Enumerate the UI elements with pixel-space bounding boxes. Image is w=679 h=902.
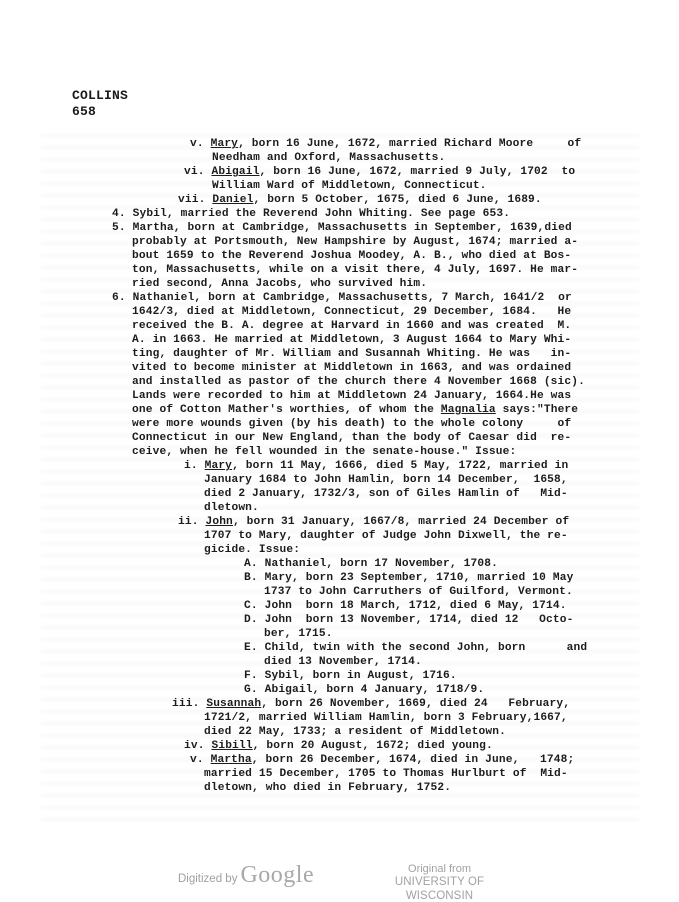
text-line: F. Sybil, born in August, 1716.: [244, 670, 457, 683]
line-text: D. John born 13 November, 1714, died 12 …: [244, 614, 573, 626]
line-text: , born 5 October, 1675, died 6 June, 168…: [254, 194, 542, 206]
text-line: married 15 December, 1705 to Thomas Hurl…: [204, 768, 568, 781]
text-line: gicide. Issue:: [204, 544, 300, 557]
text-line: and installed as pastor of the church th…: [132, 376, 585, 389]
surname-heading: COLLINS: [72, 88, 128, 104]
underlined-name: Martha: [211, 754, 252, 766]
line-text: ting, daughter of Mr. William and Susann…: [132, 348, 571, 360]
line-text: E. Child, twin with the second John, bor…: [244, 642, 587, 654]
line-text: v.: [190, 138, 211, 150]
text-line: D. John born 13 November, 1714, died 12 …: [244, 614, 573, 627]
line-text: probably at Portsmouth, New Hampshire by…: [132, 236, 578, 248]
line-text: received the B. A. degree at Harvard in …: [132, 320, 571, 332]
text-line: A. in 1663. He married at Middletown, 3 …: [132, 334, 571, 347]
underlined-name: Magnalia: [441, 404, 496, 416]
document-page: COLLINS 658 v. Mary, born 16 June, 1672,…: [0, 0, 679, 902]
text-line: C. John born 18 March, 1712, died 6 May,…: [244, 600, 567, 613]
text-line: 1721/2, married William Hamlin, born 3 F…: [204, 712, 568, 725]
original-from-label: Original from: [367, 863, 512, 875]
line-text: iv.: [184, 740, 211, 752]
line-text: died 22 May, 1733; a resident of Middlet…: [204, 726, 506, 738]
text-line: 4. Sybil, married the Reverend John Whit…: [112, 208, 510, 221]
original-from-credit: Original from UNIVERSITY OF WISCONSIN: [367, 863, 512, 902]
line-text: Needham and Oxford, Massachusetts.: [212, 152, 445, 164]
line-text: , born 11 May, 1666, died 5 May, 1722, m…: [232, 460, 568, 472]
line-text: died 2 January, 1732/3, son of Giles Ham…: [204, 488, 568, 500]
page-header: COLLINS 658: [72, 88, 128, 120]
text-line: vited to become minister at Middletown i…: [132, 362, 571, 375]
text-line: William Ward of Middletown, Connecticut.: [212, 180, 487, 193]
line-text: C. John born 18 March, 1712, died 6 May,…: [244, 600, 567, 612]
line-text: and installed as pastor of the church th…: [132, 376, 585, 388]
line-text: ried second, Anna Jacobs, who survived h…: [132, 278, 427, 290]
text-line: iii. Susannah, born 26 November, 1669, d…: [172, 698, 570, 711]
line-text: B. Mary, born 23 September, 1710, marrie…: [244, 572, 573, 584]
line-text: dletown, who died in February, 1752.: [204, 782, 451, 794]
text-line: E. Child, twin with the second John, bor…: [244, 642, 587, 655]
line-text: died 13 November, 1714.: [264, 656, 422, 668]
text-line: A. Nathaniel, born 17 November, 1708.: [244, 558, 498, 571]
text-line: 5. Martha, born at Cambridge, Massachuse…: [112, 222, 572, 235]
line-text: gicide. Issue:: [204, 544, 300, 556]
line-text: ber, 1715.: [264, 628, 333, 640]
text-line: G. Abigail, born 4 January, 1718/9.: [244, 684, 484, 697]
line-text: v.: [190, 754, 211, 766]
line-text: one of Cotton Mather's worthies, of whom…: [132, 404, 441, 416]
institution-name: UNIVERSITY OF WISCONSIN: [367, 875, 512, 902]
underlined-name: Sibill: [211, 740, 252, 752]
line-text: bout 1659 to the Reverend Joshua Moodey,…: [132, 250, 571, 262]
text-line: Connecticut in our New England, than the…: [132, 432, 571, 445]
line-text: ii.: [178, 516, 205, 528]
text-line: probably at Portsmouth, New Hampshire by…: [132, 236, 578, 249]
underlined-name: Abigail: [211, 166, 259, 178]
text-line: iv. Sibill, born 20 August, 1672; died y…: [184, 740, 493, 753]
line-text: , born 26 December, 1674, died in June, …: [252, 754, 575, 766]
line-text: i.: [184, 460, 205, 472]
line-text: ceive, when he fell wounded in the senat…: [132, 446, 516, 458]
line-text: , born 20 August, 1672; died young.: [253, 740, 493, 752]
page-number: 658: [72, 104, 128, 120]
text-line: ried second, Anna Jacobs, who survived h…: [132, 278, 427, 291]
text-line: died 13 November, 1714.: [264, 656, 422, 669]
text-line: died 22 May, 1733; a resident of Middlet…: [204, 726, 506, 739]
line-text: were more wounds given (by his death) to…: [132, 418, 571, 430]
google-logo: Google: [240, 862, 314, 889]
line-text: , born 31 January, 1667/8, married 24 De…: [233, 516, 569, 528]
text-line: 6. Nathaniel, born at Cambridge, Massach…: [112, 292, 572, 305]
underlined-name: John: [205, 516, 232, 528]
line-text: 1642/3, died at Middletown, Connecticut,…: [132, 306, 571, 318]
text-line: vii. Daniel, born 5 October, 1675, died …: [178, 194, 542, 207]
underlined-name: Susannah: [206, 698, 261, 710]
text-line: dletown, who died in February, 1752.: [204, 782, 451, 795]
line-text: F. Sybil, born in August, 1716.: [244, 670, 457, 682]
text-line: i. Mary, born 11 May, 1666, died 5 May, …: [184, 460, 568, 473]
line-text: G. Abigail, born 4 January, 1718/9.: [244, 684, 484, 696]
text-line: bout 1659 to the Reverend Joshua Moodey,…: [132, 250, 571, 263]
line-text: , born 26 November, 1669, died 24 Februa…: [261, 698, 570, 710]
text-line: 1737 to John Carruthers of Guilford, Ver…: [264, 586, 573, 599]
text-line: dletown.: [204, 502, 259, 515]
line-text: , born 16 June, 1672, married 9 July, 17…: [260, 166, 576, 178]
digitized-by-google: Digitized by Google: [178, 862, 314, 889]
underlined-name: Mary: [205, 460, 232, 472]
line-text: Connecticut in our New England, than the…: [132, 432, 571, 444]
text-line: ting, daughter of Mr. William and Susann…: [132, 348, 571, 361]
text-line: ton, Massachusetts, while on a visit the…: [132, 264, 578, 277]
text-line: B. Mary, born 23 September, 1710, marrie…: [244, 572, 573, 585]
line-text: iii.: [172, 698, 206, 710]
text-line: v. Mary, born 16 June, 1672, married Ric…: [190, 138, 581, 151]
line-text: A. Nathaniel, born 17 November, 1708.: [244, 558, 498, 570]
line-text: Lands were recorded to him at Middletown…: [132, 390, 571, 402]
text-line: v. Martha, born 26 December, 1674, died …: [190, 754, 574, 767]
line-text: William Ward of Middletown, Connecticut.: [212, 180, 487, 192]
line-text: dletown.: [204, 502, 259, 514]
text-line: Lands were recorded to him at Middletown…: [132, 390, 571, 403]
text-line: ii. John, born 31 January, 1667/8, marri…: [178, 516, 569, 529]
line-text: vi.: [184, 166, 211, 178]
line-text: 4. Sybil, married the Reverend John Whit…: [112, 208, 510, 220]
line-text: 1737 to John Carruthers of Guilford, Ver…: [264, 586, 573, 598]
text-line: died 2 January, 1732/3, son of Giles Ham…: [204, 488, 568, 501]
text-line: January 1684 to John Hamlin, born 14 Dec…: [204, 474, 568, 487]
line-text: vited to become minister at Middletown i…: [132, 362, 571, 374]
line-text: 1721/2, married William Hamlin, born 3 F…: [204, 712, 568, 724]
text-line: were more wounds given (by his death) to…: [132, 418, 571, 431]
line-text: 6. Nathaniel, born at Cambridge, Massach…: [112, 292, 572, 304]
text-line: Needham and Oxford, Massachusetts.: [212, 152, 445, 165]
line-text: married 15 December, 1705 to Thomas Hurl…: [204, 768, 568, 780]
text-line: ceive, when he fell wounded in the senat…: [132, 446, 516, 459]
digitized-by-label: Digitized by: [178, 873, 237, 885]
line-text: 1707 to Mary, daughter of Judge John Dix…: [204, 530, 568, 542]
underlined-name: Daniel: [212, 194, 253, 206]
line-text: 5. Martha, born at Cambridge, Massachuse…: [112, 222, 572, 234]
text-line: ber, 1715.: [264, 628, 333, 641]
line-text: vii.: [178, 194, 212, 206]
text-line: 1642/3, died at Middletown, Connecticut,…: [132, 306, 571, 319]
line-text: A. in 1663. He married at Middletown, 3 …: [132, 334, 571, 346]
text-line: one of Cotton Mather's worthies, of whom…: [132, 404, 578, 417]
line-text: , born 16 June, 1672, married Richard Mo…: [238, 138, 581, 150]
line-text: ton, Massachusetts, while on a visit the…: [132, 264, 578, 276]
text-line: vi. Abigail, born 16 June, 1672, married…: [184, 166, 575, 179]
line-text: says:"There: [496, 404, 578, 416]
text-line: 1707 to Mary, daughter of Judge John Dix…: [204, 530, 568, 543]
underlined-name: Mary: [211, 138, 238, 150]
line-text: January 1684 to John Hamlin, born 14 Dec…: [204, 474, 568, 486]
text-line: received the B. A. degree at Harvard in …: [132, 320, 571, 333]
